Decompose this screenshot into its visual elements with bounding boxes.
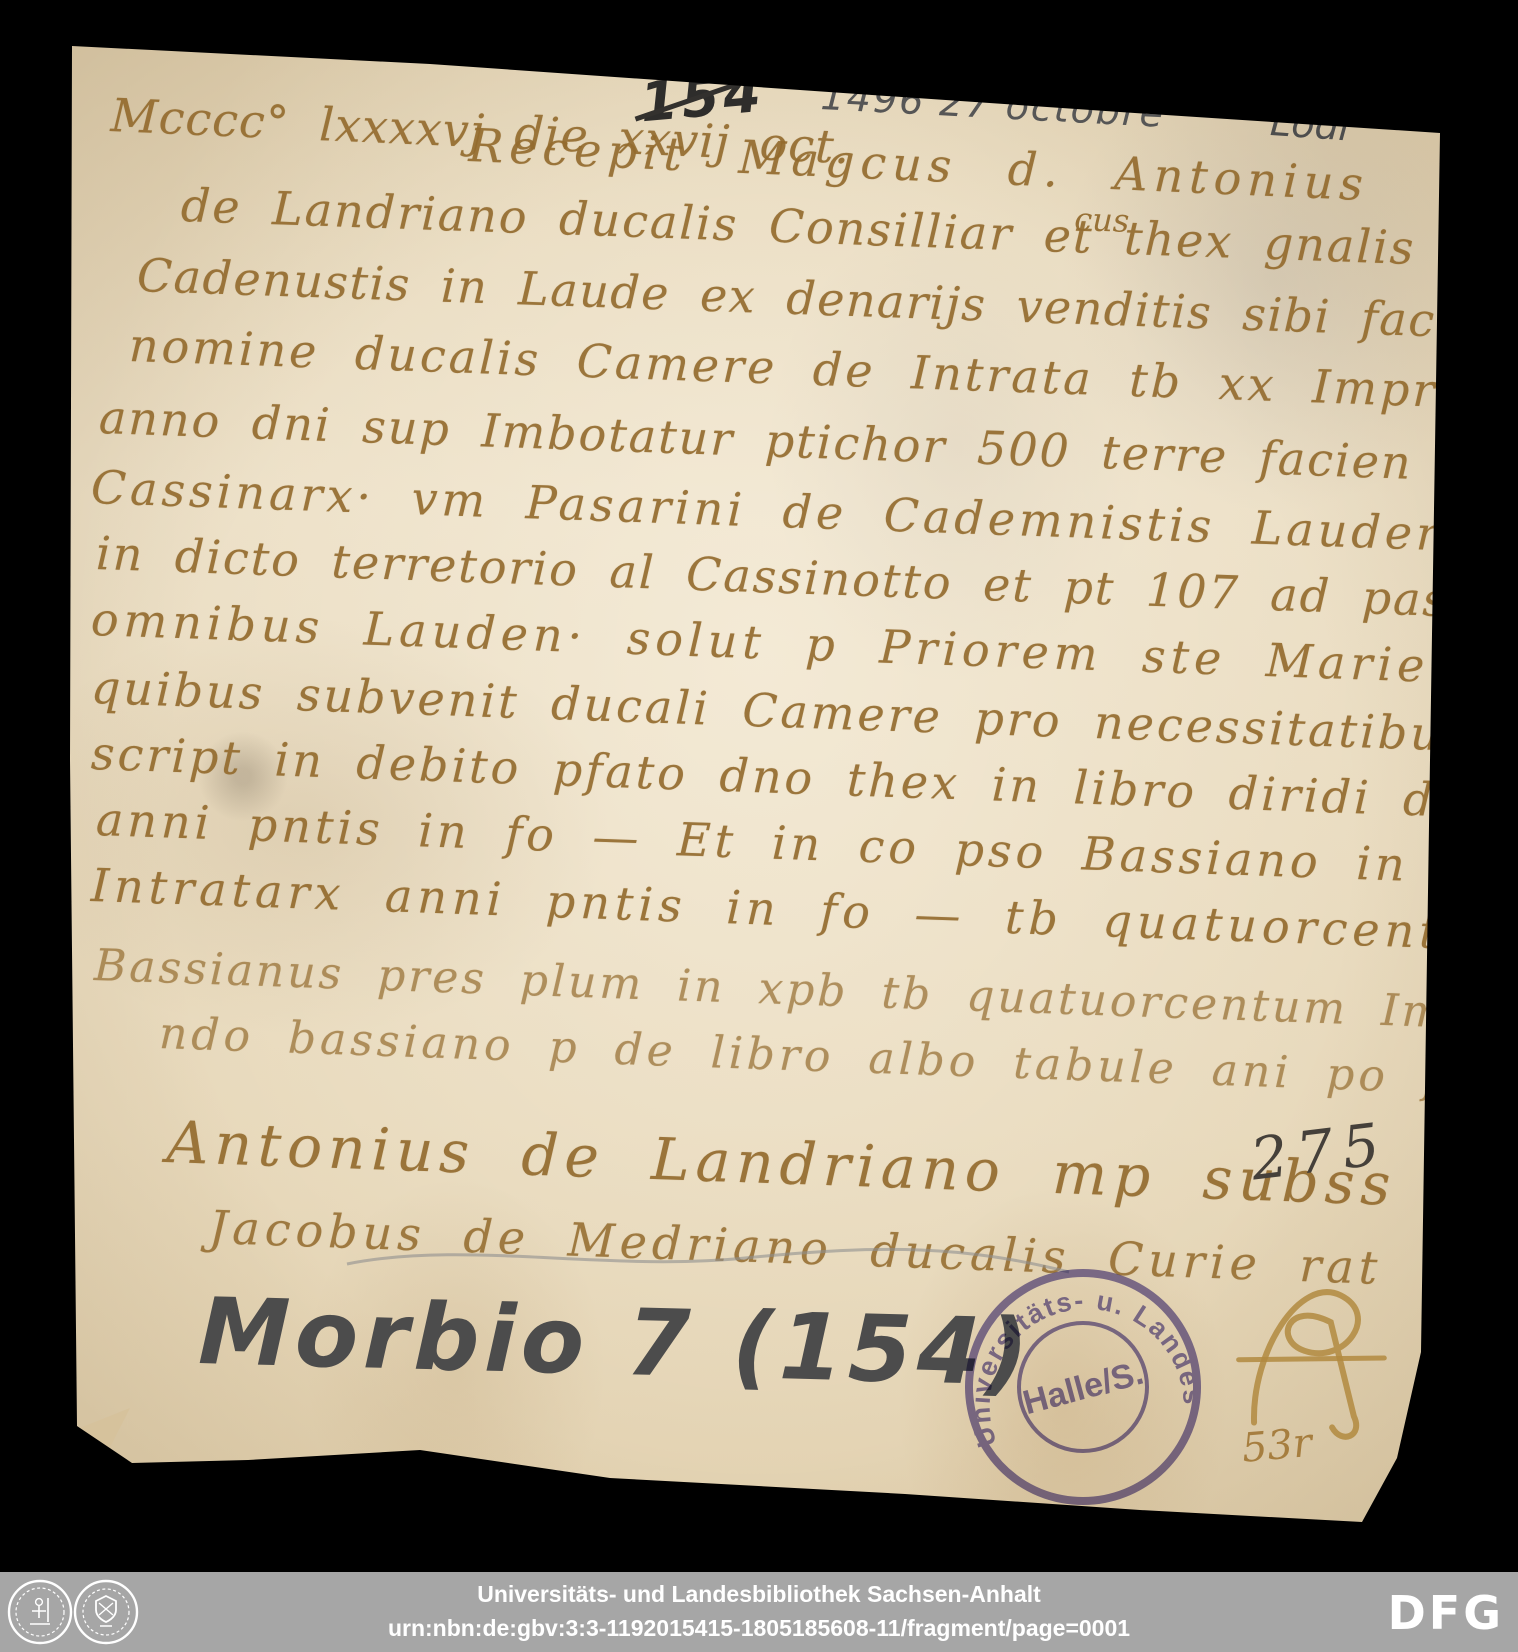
viewer-footer-bar: Universitäts- und Landesbibliothek Sachs… bbox=[0, 1572, 1518, 1652]
stamp-center-text: Halle/S. bbox=[1019, 1354, 1147, 1422]
notary-monogram bbox=[1222, 1250, 1407, 1460]
parchment-fragment: Mcccc° lxxxxvj die xxvij oct.Recepit Mag… bbox=[0, 0, 1518, 1652]
crossed-out-number: 154 bbox=[637, 61, 767, 135]
footer-library-name: Universitäts- und Landesbibliothek Sachs… bbox=[0, 1581, 1518, 1608]
library-stamp: Universitäts- u. Landesbibliothek Halle/… bbox=[929, 1233, 1236, 1540]
pencil-date-annotation: 1496 27 octobre bbox=[820, 74, 1166, 136]
pencil-place-annotation: Lodi bbox=[1269, 100, 1351, 149]
parchment-tear-chip bbox=[78, 1408, 130, 1454]
shelfmark-morbio: Morbio 7 (154) bbox=[197, 1278, 1034, 1407]
dfg-logo: DFG bbox=[1388, 1586, 1504, 1640]
manuscript-line: Antonius de Landriano mp subss bbox=[166, 1108, 1398, 1219]
superscript-abbreviation: cus bbox=[1074, 200, 1130, 240]
scan-page: Mcccc° lxxxxvj die xxvij oct.Recepit Mag… bbox=[0, 0, 1518, 1652]
footer-urn: urn:nbn:de:gbv:3:3-1192015415-1805185608… bbox=[0, 1615, 1518, 1642]
